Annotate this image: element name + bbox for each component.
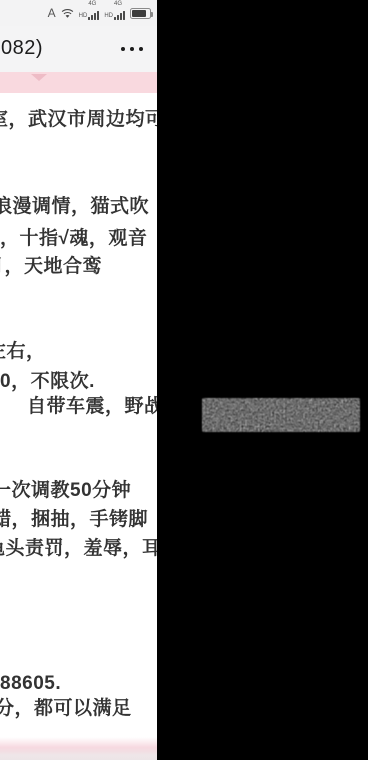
wifi-icon <box>61 8 74 19</box>
network-type-label: 4G <box>88 1 96 7</box>
input-bar-edge <box>0 737 157 760</box>
signal-indicator-sim2: HD 4G <box>104 6 125 20</box>
message-line: 蜡，捆抽，手铐脚 <box>0 510 148 530</box>
signal-bars-icon <box>88 11 99 20</box>
message-line: 室，武汉市周边均可 <box>0 110 157 130</box>
signal-indicator-sim1: HD 4G <box>79 6 100 20</box>
alarm-indicator-icon: A <box>48 7 56 19</box>
chevron-down-icon <box>31 74 47 81</box>
chat-message-area: 室，武汉市周边均可 浪漫调情，猫式吹 ，十指√魂，观音 月，天地合鸾 左右， 0… <box>0 93 157 737</box>
message-line: 88605. <box>0 674 61 694</box>
status-bar: A HD 4G HD 4G <box>0 0 157 26</box>
hd-label: HD <box>79 13 88 19</box>
blurred-text-region <box>202 398 360 432</box>
message-line: 0，不限次. <box>0 372 95 392</box>
more-menu-button[interactable] <box>121 47 143 51</box>
signal-bars-icon <box>114 11 125 20</box>
message-line: 龟头责罚，羞辱，耳 <box>0 539 157 559</box>
message-line: 左右， <box>0 342 46 362</box>
message-line: 自带车震，野战 <box>27 397 157 417</box>
announcement-banner[interactable] <box>0 72 157 93</box>
message-line: 一次调教50分钟 <box>0 481 131 501</box>
message-line: ，十指√魂，观音 <box>0 229 147 249</box>
hd-label: HD <box>104 13 113 19</box>
battery-icon <box>130 8 151 19</box>
black-background-pane <box>157 0 368 760</box>
message-line: 浪漫调情，猫式吹 <box>0 197 149 217</box>
chat-app-pane: A HD 4G HD 4G 082) <box>0 0 157 760</box>
network-type-label: 4G <box>114 1 122 7</box>
message-line: 分，都可以满足 <box>0 699 132 719</box>
message-line: 月，天地合鸾 <box>0 257 102 277</box>
title-bar: 082) <box>0 26 157 72</box>
chat-title: 082) <box>1 37 43 60</box>
